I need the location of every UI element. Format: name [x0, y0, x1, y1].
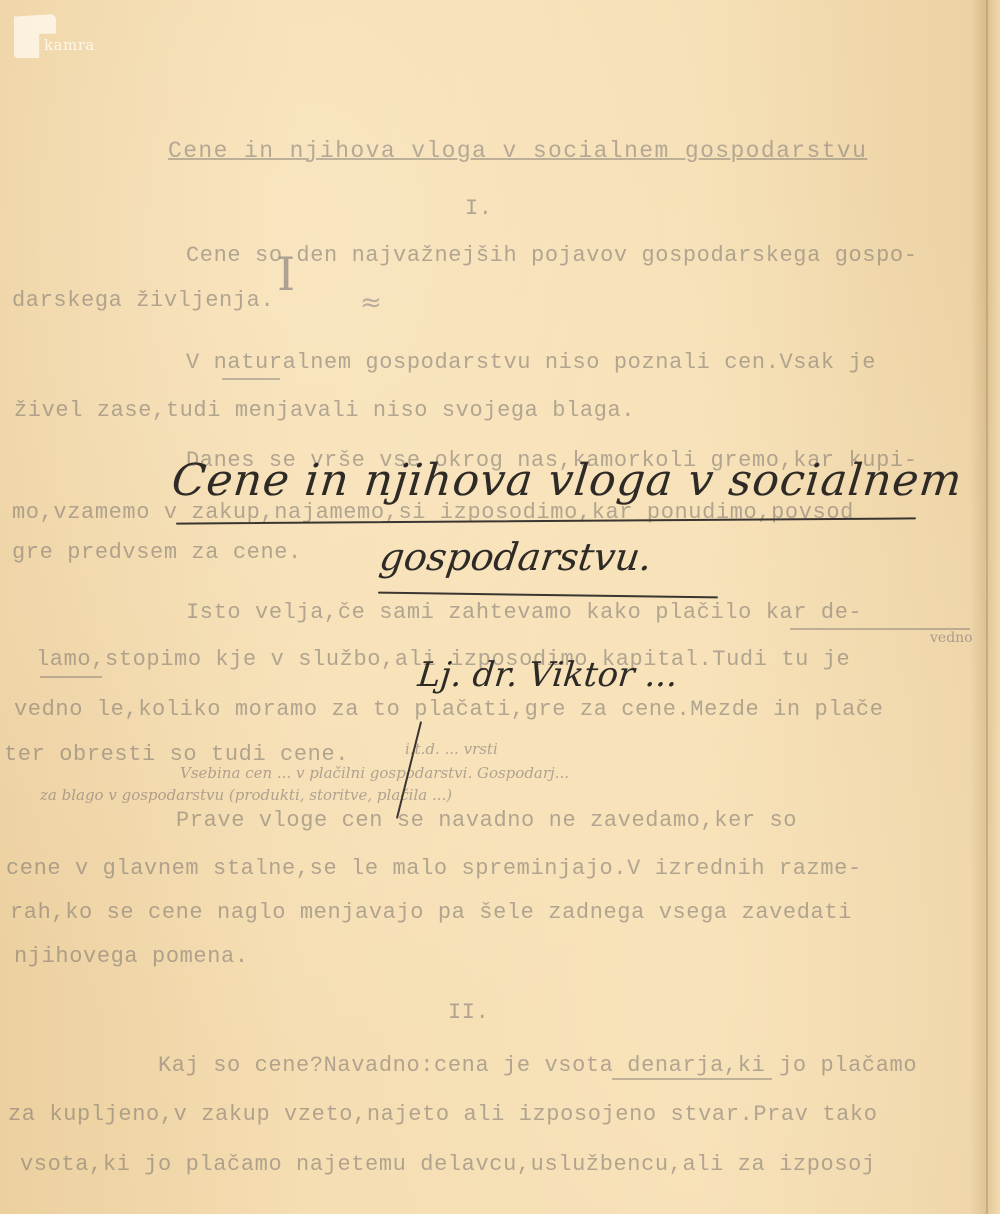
underline [612, 1078, 772, 1080]
text-line: Isto velja,če sami zahtevamo kako plačil… [186, 600, 862, 625]
text-line: Kaj so cene?Navadno:cena je vsota denarj… [158, 1053, 917, 1078]
faint-handwritten-note: za blago v gospodarstvu (produkti, stori… [40, 786, 452, 804]
underline [40, 676, 102, 678]
handwritten-title: Cene in njihova vloga v socialnem [169, 455, 965, 506]
section-number-2: II. [448, 1000, 489, 1025]
section-number-1: I. [465, 196, 493, 221]
watermark-text: kamra [44, 36, 95, 54]
handwritten-subtitle: gospodarstvu. [377, 535, 655, 579]
text-line: rah,ko se cene naglo menjavajo pa šele z… [10, 900, 852, 925]
faint-handwritten-note: i.t.d. ... vrsti [405, 740, 498, 758]
text-line: njihovega pomena. [14, 944, 249, 969]
tilde-mark: ≈ [360, 288, 382, 318]
text-line: vedno le,koliko moramo za to plačati,gre… [14, 697, 884, 722]
text-line: gre predvsem za cene. [12, 540, 302, 565]
text-line: cene v glavnem stalne,se le malo spremin… [6, 856, 862, 881]
text-line: Prave vloge cen se navadno ne zavedamo,k… [176, 808, 797, 833]
text-line: za kupljeno,v zakup vzeto,najeto ali izp… [8, 1102, 878, 1127]
text-line: Cene so den najvažnejših pojavov gospoda… [186, 243, 918, 268]
text-line: vsota,ki jo plačamo najetemu delavcu,usl… [20, 1152, 876, 1177]
handwritten-signature: Lj. dr. Viktor ... [416, 655, 680, 695]
underline [222, 378, 280, 380]
document-title: Cene in njihova vloga v socialnem gospod… [168, 138, 867, 164]
watermark: kamra [14, 14, 124, 58]
text-line: darskega življenja. [12, 288, 274, 313]
text-line: živel zase,tudi menjavali niso svojega b… [14, 398, 635, 423]
margin-note: vedno [930, 630, 973, 646]
text-line: V naturalnem gospodarstvu niso poznali c… [186, 350, 876, 375]
page-edge [986, 0, 988, 1214]
faint-handwritten-note: Vsebina cen ... v plačilni gospodarstvi.… [180, 764, 569, 782]
